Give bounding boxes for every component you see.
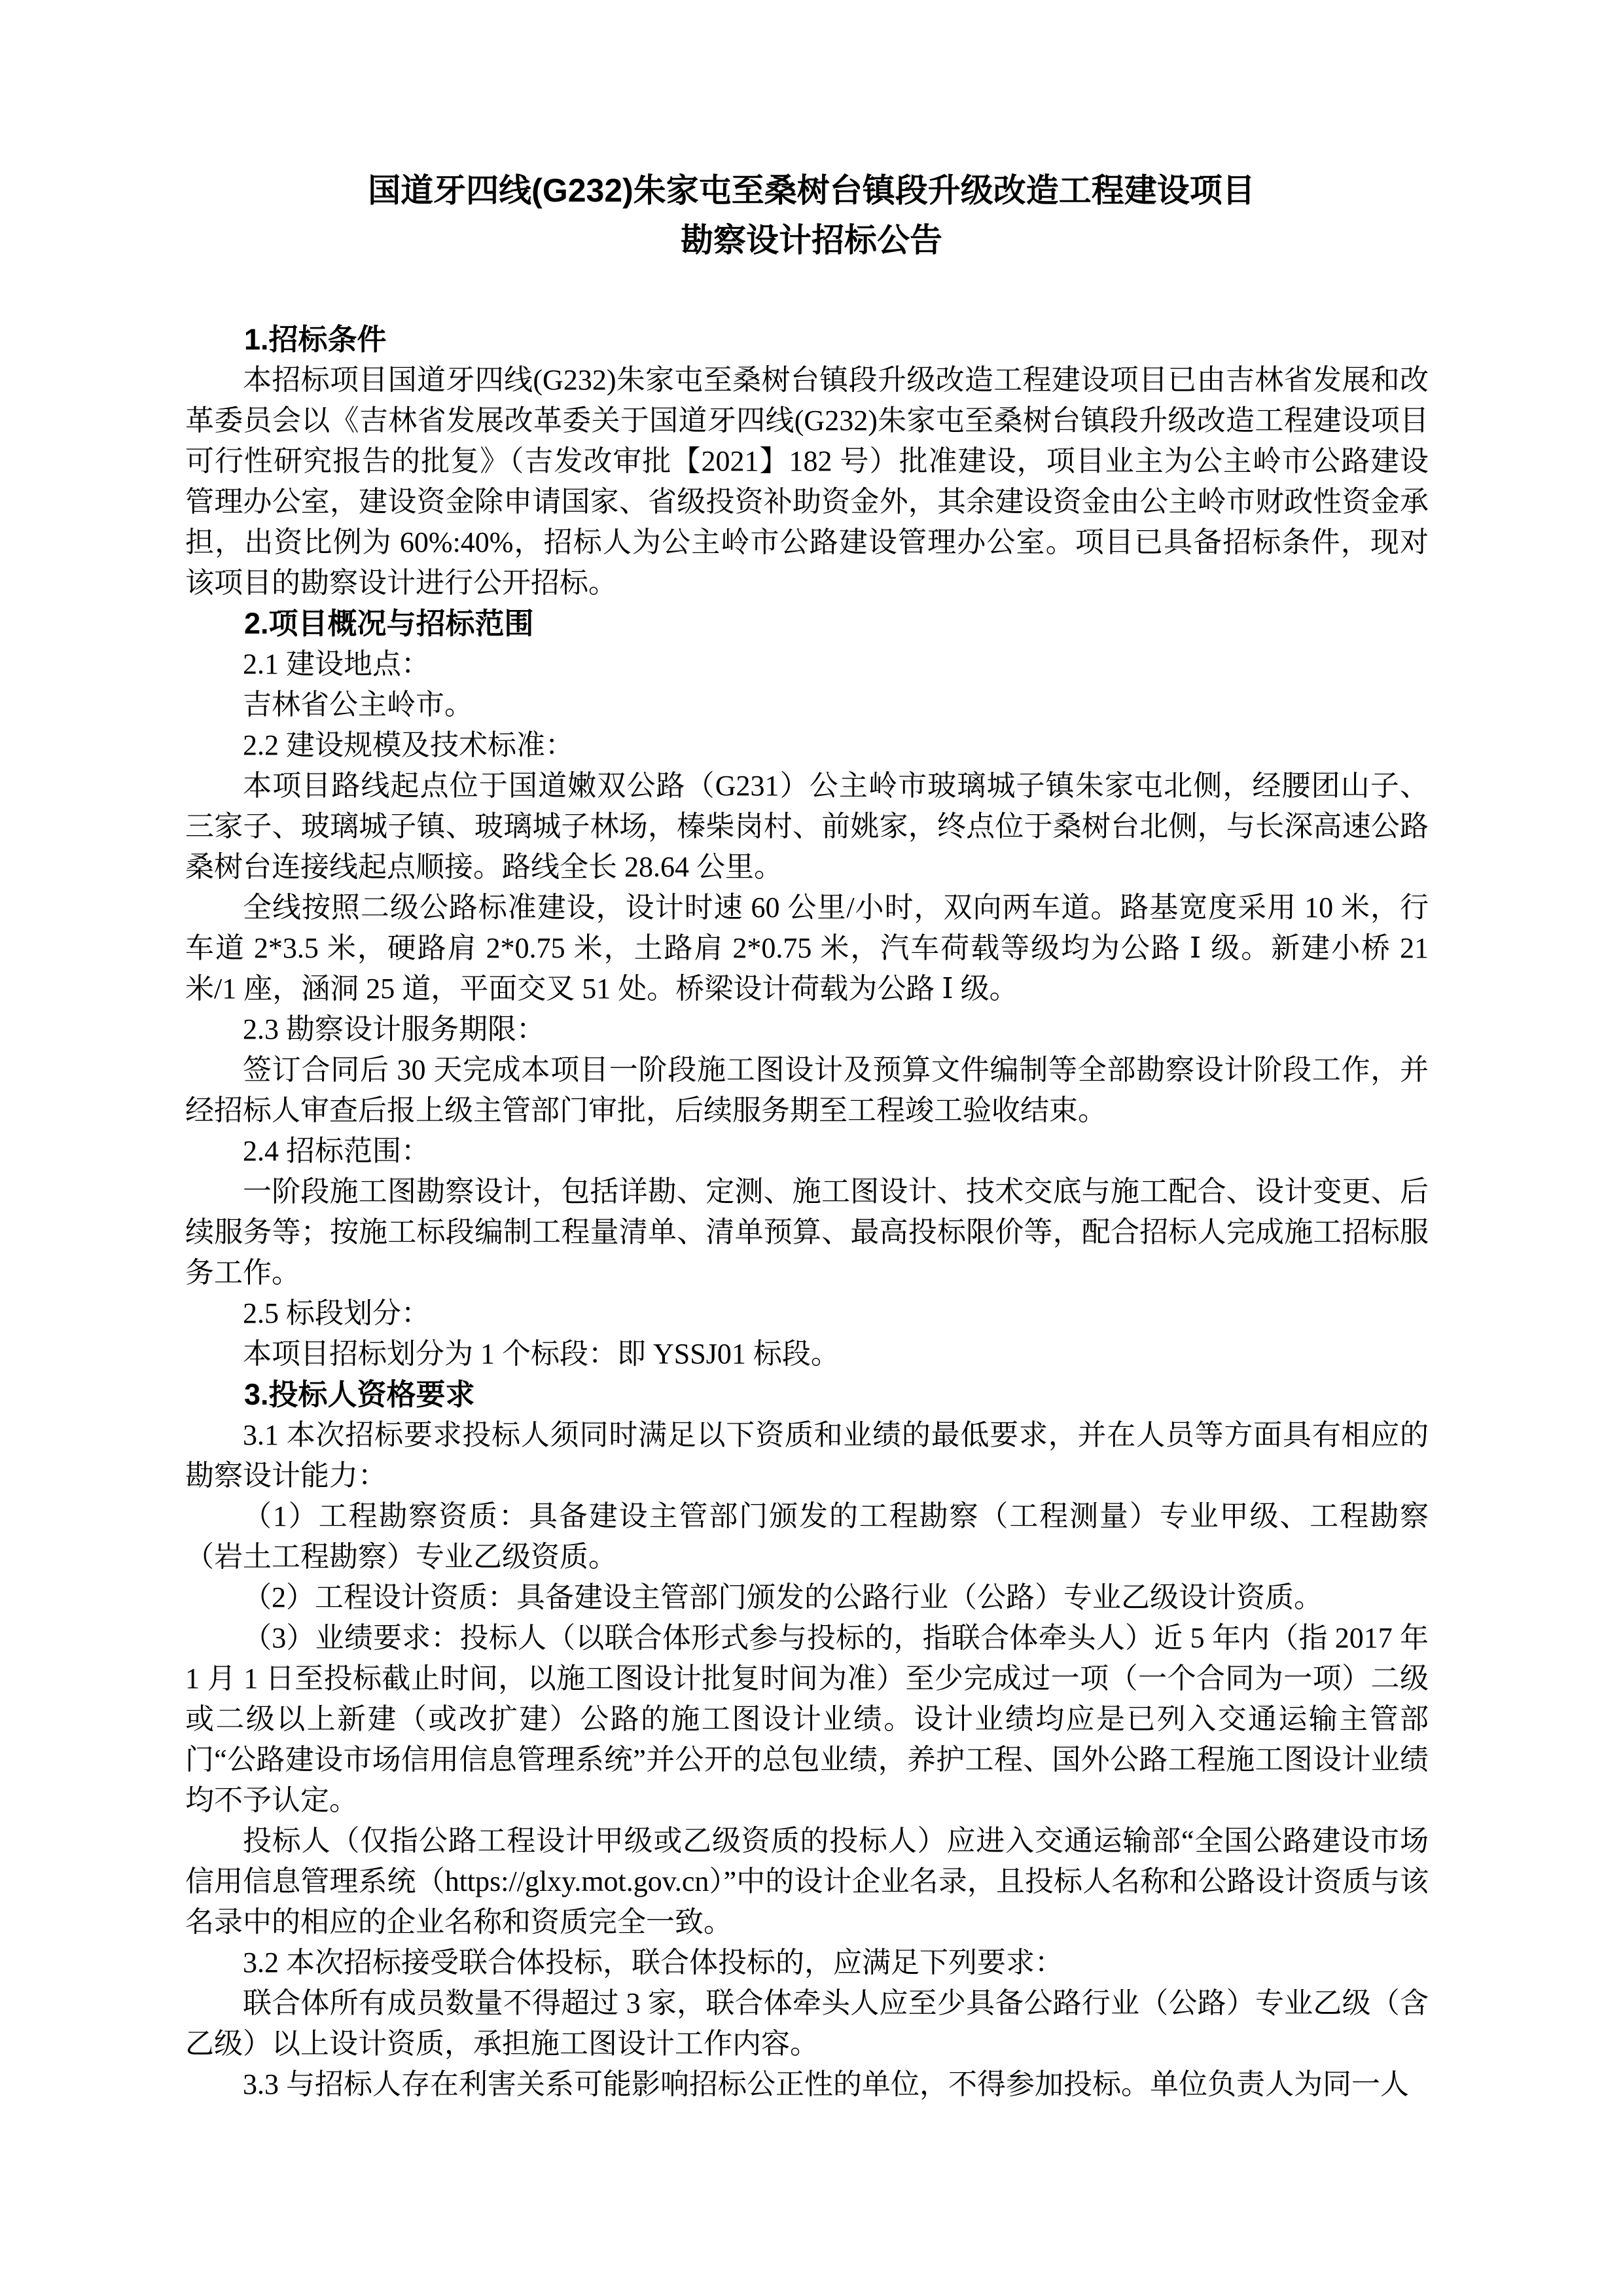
paragraph: 本项目路线起点位于国道嫩双公路（G231）公主岭市玻璃城子镇朱家屯北侧，经腰团山…: [185, 766, 1429, 888]
paragraph: 一阶段施工图勘察设计，包括详勘、定测、施工图设计、技术交底与施工配合、设计变更、…: [185, 1172, 1429, 1293]
document-title: 国道牙四线(G232)朱家屯至桑树台镇段升级改造工程建设项目 勘察设计招标公告: [190, 0, 1433, 265]
paragraph: 本项目招标划分为 1 个标段：即 YSSJ01 标段。: [185, 1334, 1429, 1374]
paragraph: （1）工程勘察资质：具备建设主管部门颁发的工程勘察（工程测量）专业甲级、工程勘察…: [185, 1496, 1429, 1577]
document-title-line-2: 勘察设计招标公告: [190, 215, 1433, 265]
paragraph: 2.2 建设规模及技术标准：: [185, 725, 1429, 766]
paragraph: 本招标项目国道牙四线(G232)朱家屯至桑树台镇段升级改造工程建设项目已由吉林省…: [185, 360, 1429, 603]
document-body: 1.招标条件 本招标项目国道牙四线(G232)朱家屯至桑树台镇段升级改造工程建设…: [185, 319, 1429, 2105]
paragraph: 3.3 与招标人存在利害关系可能影响招标公正性的单位，不得参加投标。单位负责人为…: [185, 2064, 1429, 2105]
section-2-heading: 2.项目概况与招标范围: [185, 603, 1429, 644]
paragraph: 2.1 建设地点：: [185, 644, 1429, 685]
paragraph: 全线按照二级公路标准建设，设计时速 60 公里/小时，双向两车道。路基宽度采用 …: [185, 888, 1429, 1009]
paragraph: （3）业绩要求：投标人（以联合体形式参与投标的，指联合体牵头人）近 5 年内（指…: [185, 1618, 1429, 1821]
paragraph: 3.1 本次招标要求投标人须同时满足以下资质和业绩的最低要求，并在人员等方面具有…: [185, 1415, 1429, 1496]
section-1-heading: 1.招标条件: [185, 319, 1429, 360]
paragraph: （2）工程设计资质：具备建设主管部门颁发的公路行业（公路）专业乙级设计资质。: [185, 1577, 1429, 1618]
paragraph: 签订合同后 30 天完成本项目一阶段施工图设计及预算文件编制等全部勘察设计阶段工…: [185, 1050, 1429, 1131]
paragraph: 3.2 本次招标接受联合体投标，联合体投标的，应满足下列要求：: [185, 1943, 1429, 1983]
paragraph: 投标人（仅指公路工程设计甲级或乙级资质的投标人）应进入交通运输部“全国公路建设市…: [185, 1821, 1429, 1943]
section-3-heading: 3.投标人资格要求: [185, 1374, 1429, 1415]
paragraph: 2.3 勘察设计服务期限：: [185, 1009, 1429, 1050]
paragraph: 联合体所有成员数量不得超过 3 家，联合体牵头人应至少具备公路行业（公路）专业乙…: [185, 1983, 1429, 2064]
document-title-line-1: 国道牙四线(G232)朱家屯至桑树台镇段升级改造工程建设项目: [190, 166, 1433, 215]
paragraph: 2.4 招标范围：: [185, 1131, 1429, 1172]
document-page: 国道牙四线(G232)朱家屯至桑树台镇段升级改造工程建设项目 勘察设计招标公告 …: [0, 0, 1623, 2296]
paragraph: 2.5 标段划分：: [185, 1293, 1429, 1334]
paragraph: 吉林省公主岭市。: [185, 685, 1429, 725]
